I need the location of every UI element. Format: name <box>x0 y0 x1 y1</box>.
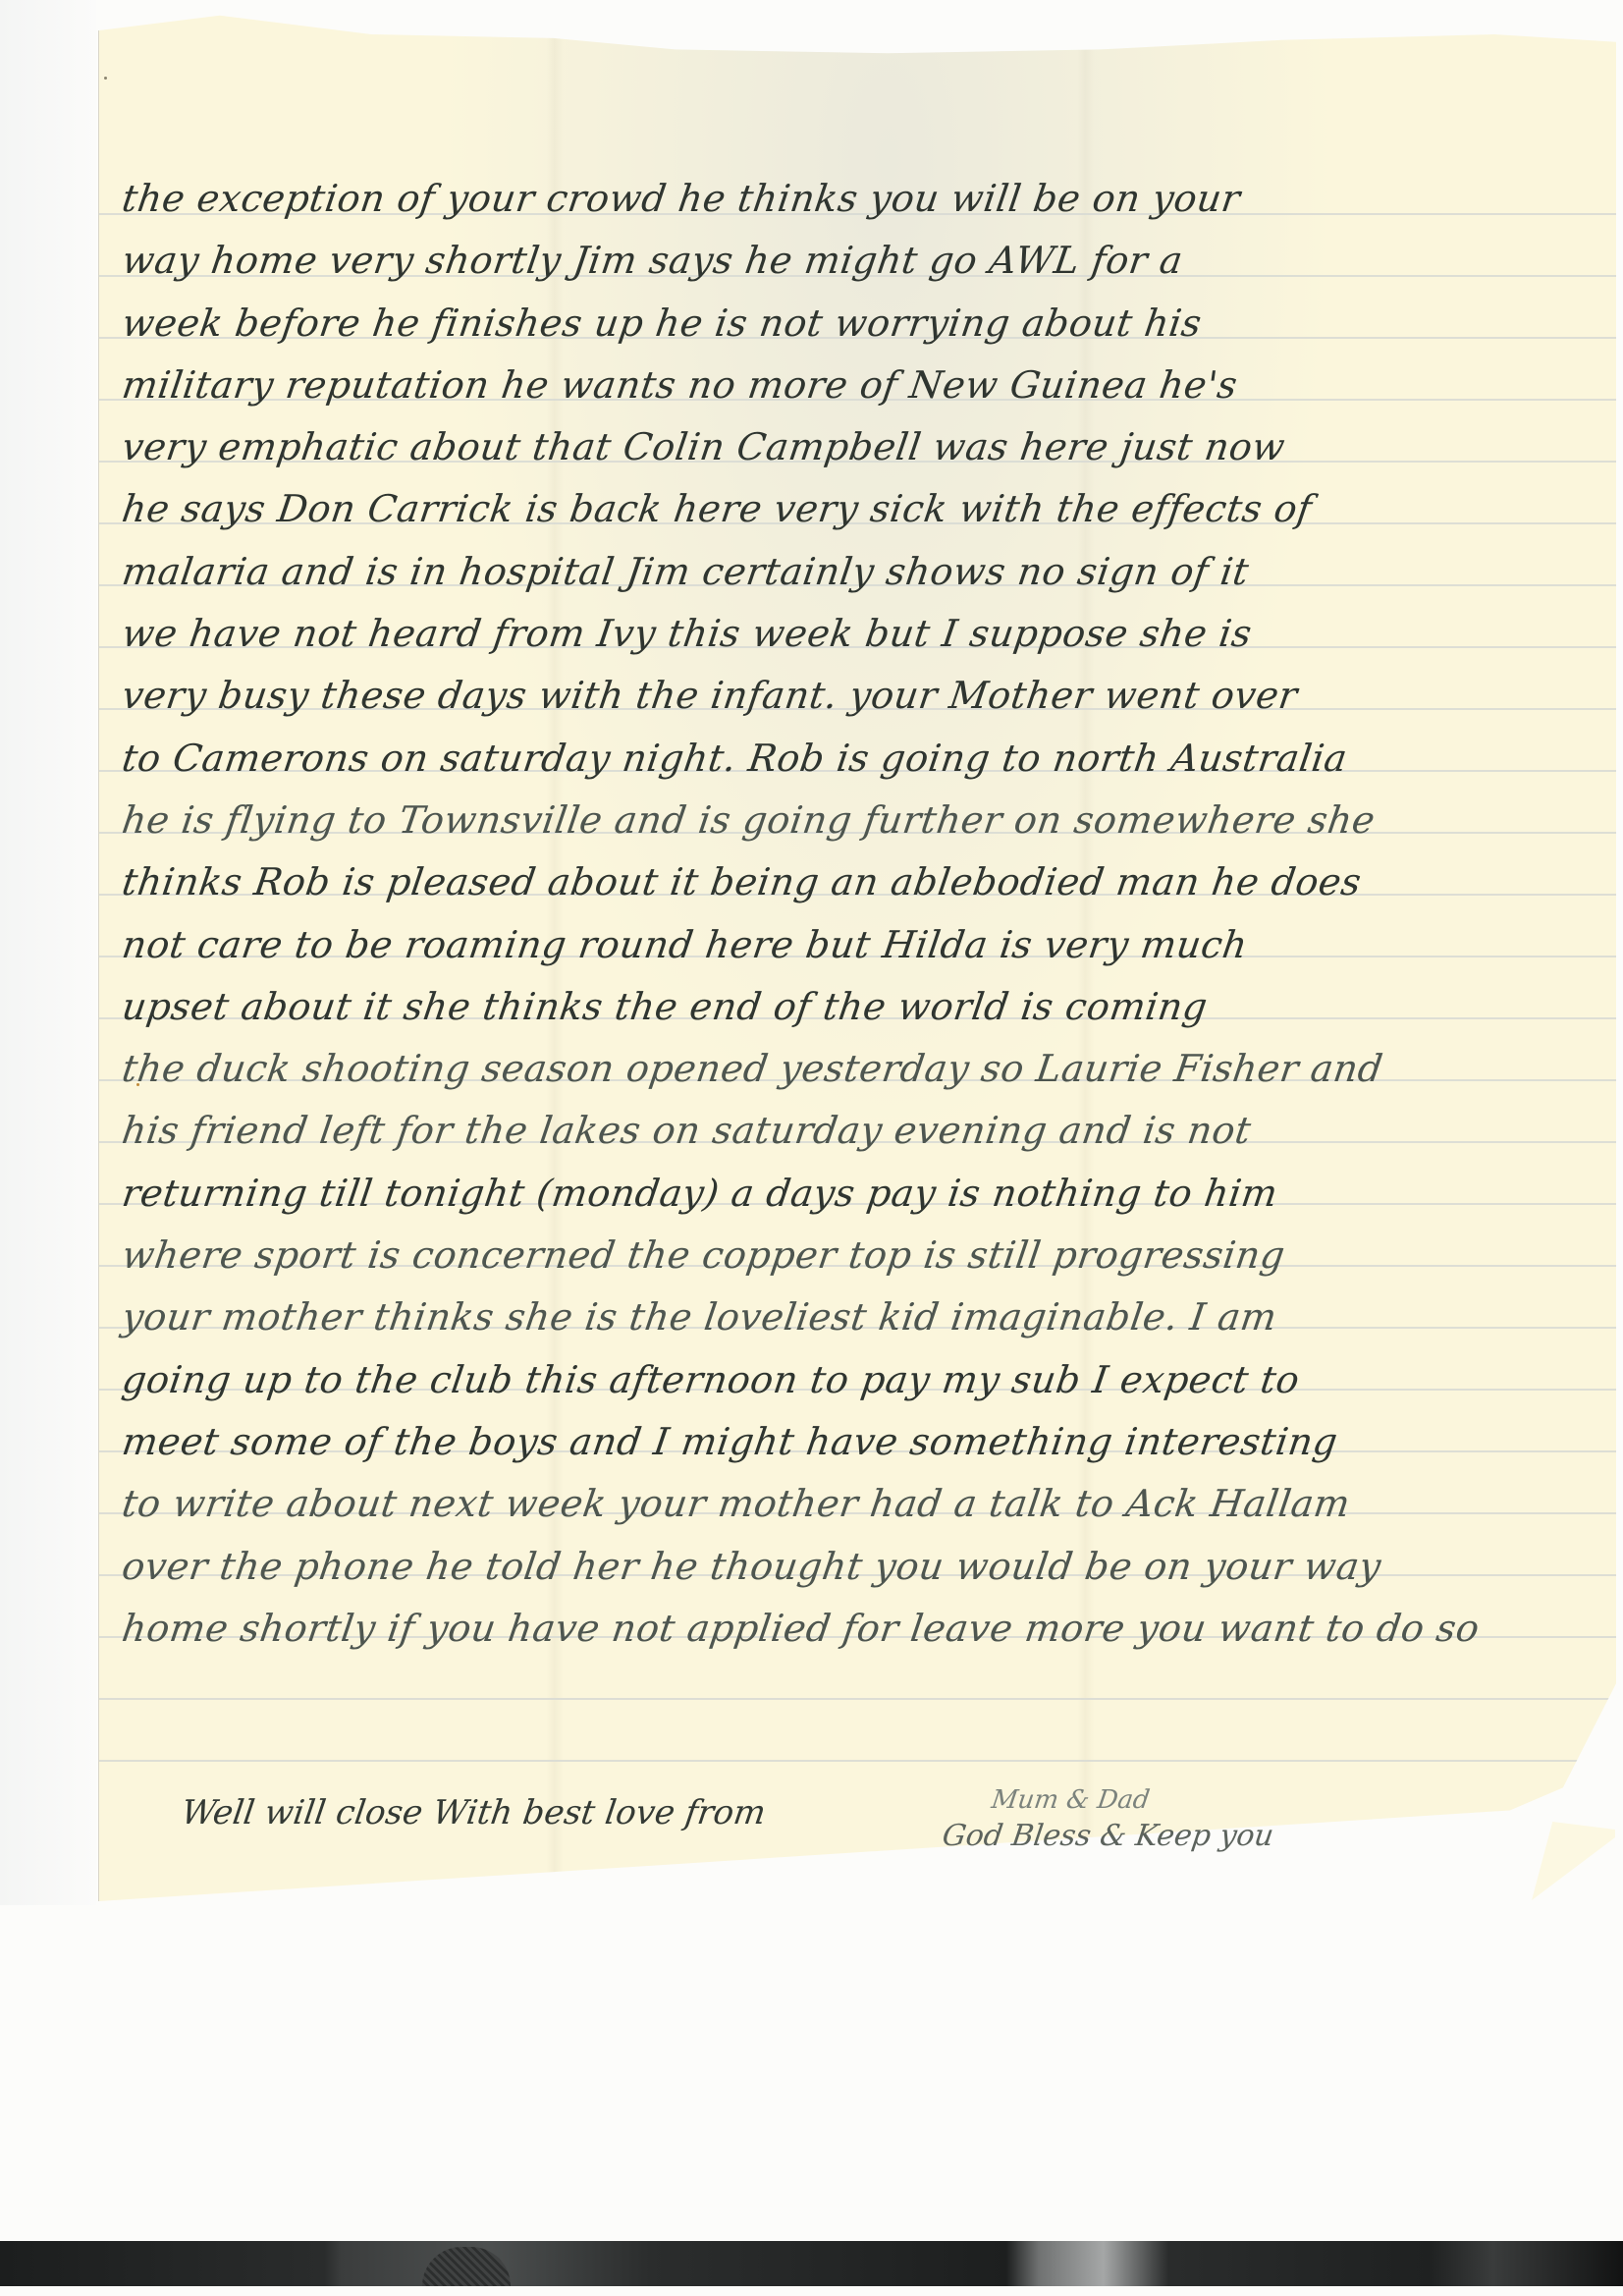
letter-line: going up to the club this afternoon to p… <box>118 1350 1599 1412</box>
letter-body: the exception of your crowd he thinks yo… <box>118 169 1591 1661</box>
letter-line: where sport is concerned the copper top … <box>118 1226 1599 1287</box>
letter-line: home shortly if you have not applied for… <box>118 1599 1599 1661</box>
letter-blessing: God Bless & Keep you <box>941 1819 1276 1853</box>
ruled-line <box>99 1760 1616 1762</box>
letter-line: military reputation he wants no more of … <box>118 355 1599 417</box>
letter-line: week before he finishes up he is not wor… <box>118 294 1599 355</box>
paper-speck <box>104 77 107 80</box>
letter-line: he is flying to Townsville and is going … <box>118 791 1599 852</box>
ruled-line <box>99 1698 1616 1700</box>
scanner-margin <box>0 0 96 1905</box>
letter-line: meet some of the boys and I might have s… <box>118 1412 1599 1474</box>
letter-line: thinks Rob is pleased about it being an … <box>118 852 1599 914</box>
letter-line: not care to be roaming round here but Hi… <box>118 915 1599 977</box>
letter-closing: Well will close With best love from <box>179 1793 768 1832</box>
letter-line: malaria and is in hospital Jim certainly… <box>118 542 1599 604</box>
letter-line: to write about next week your mother had… <box>118 1474 1599 1536</box>
letter-line: we have not heard from Ivy this week but… <box>118 604 1599 666</box>
letter-line: to Camerons on saturday night. Rob is go… <box>118 729 1599 791</box>
letter-line: over the phone he told her he thought yo… <box>118 1537 1599 1599</box>
letter-line: very busy these days with the infant. yo… <box>118 666 1599 728</box>
letter-line: way home very shortly Jim says he might … <box>118 231 1599 293</box>
folded-corner <box>1532 1822 1615 1900</box>
letter-line: returning till tonight (monday) a days p… <box>118 1164 1599 1226</box>
scanned-page: the exception of your crowd he thinks yo… <box>0 0 1623 2296</box>
letter-line: his friend left for the lakes on saturda… <box>118 1101 1599 1163</box>
letter-line: upset about it she thinks the end of the… <box>118 977 1599 1039</box>
letter-line: your mother thinks she is the loveliest … <box>118 1287 1599 1349</box>
letter-line: the exception of your crowd he thinks yo… <box>118 169 1599 231</box>
letter-line: he says Don Carrick is back here very si… <box>118 479 1599 541</box>
letter-signature: Mum & Dad <box>990 1785 1152 1815</box>
letter-line: the duck shooting season opened yesterda… <box>118 1039 1599 1101</box>
letter-line: very emphatic about that Colin Campbell … <box>118 417 1599 479</box>
scanner-edge-bar <box>0 2241 1623 2286</box>
